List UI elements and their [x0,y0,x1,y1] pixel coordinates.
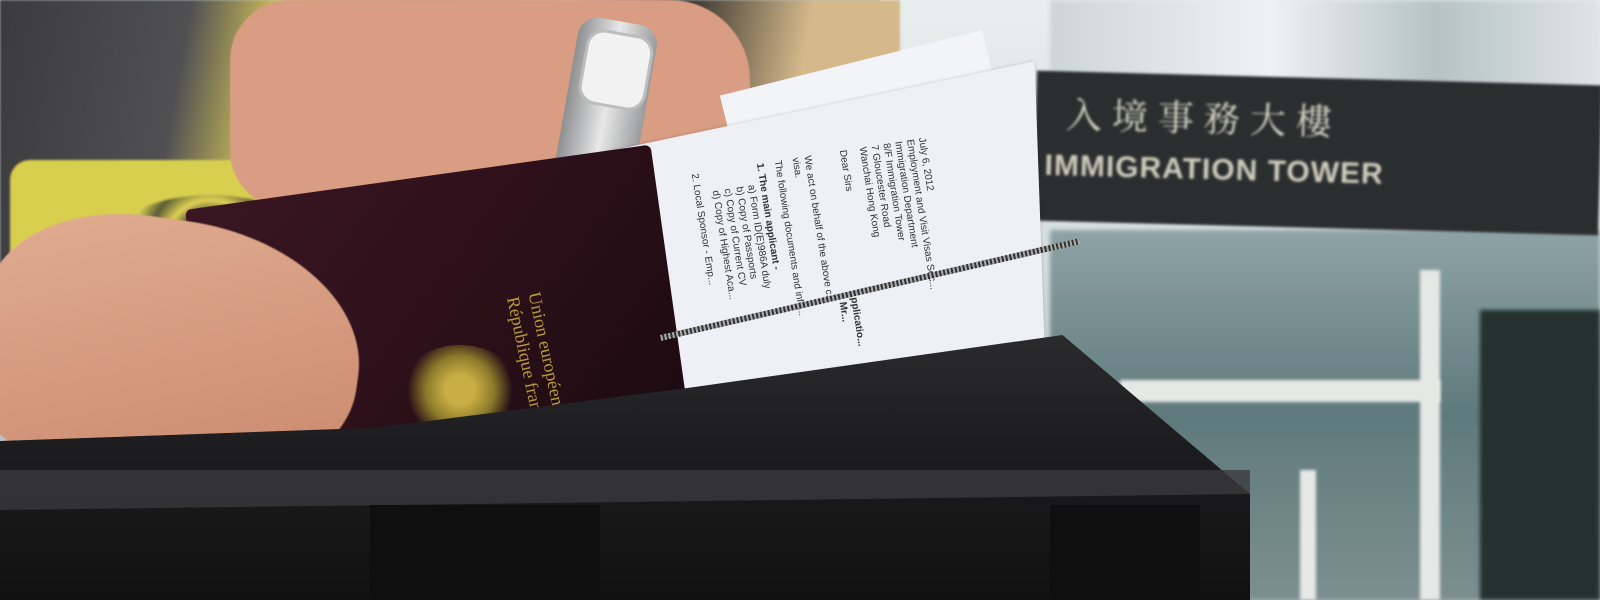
sign-chinese-text: 入境事務大樓 [1065,87,1342,145]
bag-strap [1050,505,1200,600]
building-column [1300,470,1316,600]
building-doorway [1480,310,1600,600]
bag-strap [370,505,600,600]
sign-english-text: IMMIGRATION TOWER [1044,149,1384,192]
photo-scene: 入境事務大樓 IMMIGRATION TOWER July 6, 2012 Em… [0,0,1600,600]
wristwatch-face [576,27,656,114]
building-sign: 入境事務大樓 IMMIGRATION TOWER [1033,71,1600,236]
building-ledge [1120,380,1440,402]
building-column [1420,270,1440,600]
